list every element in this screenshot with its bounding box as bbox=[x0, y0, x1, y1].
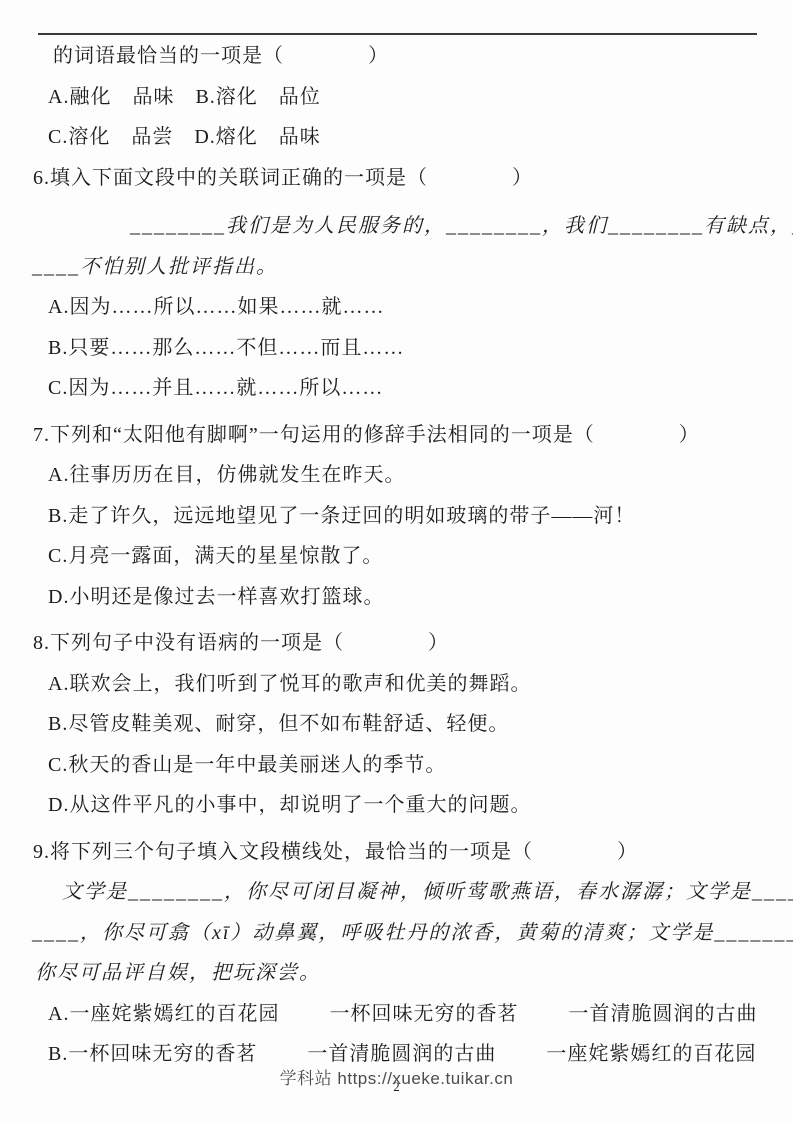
q6-option-a: A.因为……所以……如果……就…… bbox=[0, 287, 793, 328]
q7-option-a: A.往事历历在目，仿佛就发生在昨天。 bbox=[0, 455, 793, 496]
q6-passage-line-1: ________我们是为人民服务的，________，我们________有缺点… bbox=[0, 206, 793, 247]
q7-stem: 7.下列和“太阳他有脚啊”一句运用的修辞手法相同的一项是（ ） bbox=[0, 415, 793, 456]
q8-option-b: B.尽管皮鞋美观、耐穿，但不如布鞋舒适、轻便。 bbox=[0, 704, 793, 745]
q9-passage-line-2: ____，你尽可翕（xī）动鼻翼，呼吸牡丹的浓香，黄菊的清爽；文学是______… bbox=[0, 913, 793, 954]
exam-page: 的词语最恰当的一项是（ ） A.融化 品味 B.溶化 品位 C.溶化 品尝 D.… bbox=[0, 0, 793, 1122]
q5-option-row-ab: A.融化 品味 B.溶化 品位 bbox=[0, 77, 793, 118]
q8-option-d: D.从这件平凡的小事中，却说明了一个重大的问题。 bbox=[0, 785, 793, 826]
q5-option-row-cd: C.溶化 品尝 D.熔化 品味 bbox=[0, 117, 793, 158]
q9-passage-line-1: 文学是________，你尽可闭目凝神，倾听莺歌燕语，春水潺潺；文学是____ bbox=[0, 872, 793, 913]
q5-stem-continuation: 的词语最恰当的一项是（ ） bbox=[0, 36, 793, 77]
exam-content: 的词语最恰当的一项是（ ） A.融化 品味 B.溶化 品位 C.溶化 品尝 D.… bbox=[0, 36, 793, 1075]
q8-stem: 8.下列句子中没有语病的一项是（ ） bbox=[0, 623, 793, 664]
q7-option-b: B.走了许久，远远地望见了一条迂回的明如玻璃的带子——河！ bbox=[0, 496, 793, 537]
header-rule bbox=[38, 33, 757, 35]
q8-option-c: C.秋天的香山是一年中最美丽迷人的季节。 bbox=[0, 745, 793, 786]
watermark: 学科站 https://xueke.tuikar.cn bbox=[0, 1064, 793, 1089]
q9-option-a-label: A. bbox=[48, 1003, 69, 1025]
q8-option-a: A.联欢会上，我们听到了悦耳的歌声和优美的舞蹈。 bbox=[0, 664, 793, 705]
q9-option-b-phrase-1: 一杯回味无穷的香茗 bbox=[68, 1043, 257, 1065]
q7-option-d: D.小明还是像过去一样喜欢打篮球。 bbox=[0, 577, 793, 618]
q9-option-a-phrase-2: 一杯回味无穷的香茗 bbox=[329, 994, 518, 1035]
q9-option-a-phrase-3: 一首清脆圆润的古曲 bbox=[568, 994, 757, 1035]
q6-option-b: B.只要……那么……不但……而且…… bbox=[0, 328, 793, 369]
q9-option-b-label: B. bbox=[48, 1043, 68, 1065]
q9-stem: 9.将下列三个句子填入文段横线处，最恰当的一项是（ ） bbox=[0, 832, 793, 873]
q6-stem: 6.填入下面文段中的关联词正确的一项是（ ） bbox=[0, 158, 793, 199]
q9-passage-line-3: 你尽可品评自娱，把玩深尝。 bbox=[0, 953, 793, 994]
q9-option-a: A.一座姹紫嫣红的百花园 一杯回味无穷的香茗 一首清脆圆润的古曲 bbox=[0, 994, 793, 1035]
q7-option-c: C.月亮一露面，满天的星星惊散了。 bbox=[0, 536, 793, 577]
q9-option-a-first-group: A.一座姹紫嫣红的百花园 bbox=[48, 994, 279, 1035]
q9-option-a-phrase-1: 一座姹紫嫣红的百花园 bbox=[69, 1003, 279, 1025]
q6-option-c: C.因为……并且……就……所以…… bbox=[0, 368, 793, 409]
q6-passage-line-2: ____不怕别人批评指出。 bbox=[0, 247, 793, 288]
